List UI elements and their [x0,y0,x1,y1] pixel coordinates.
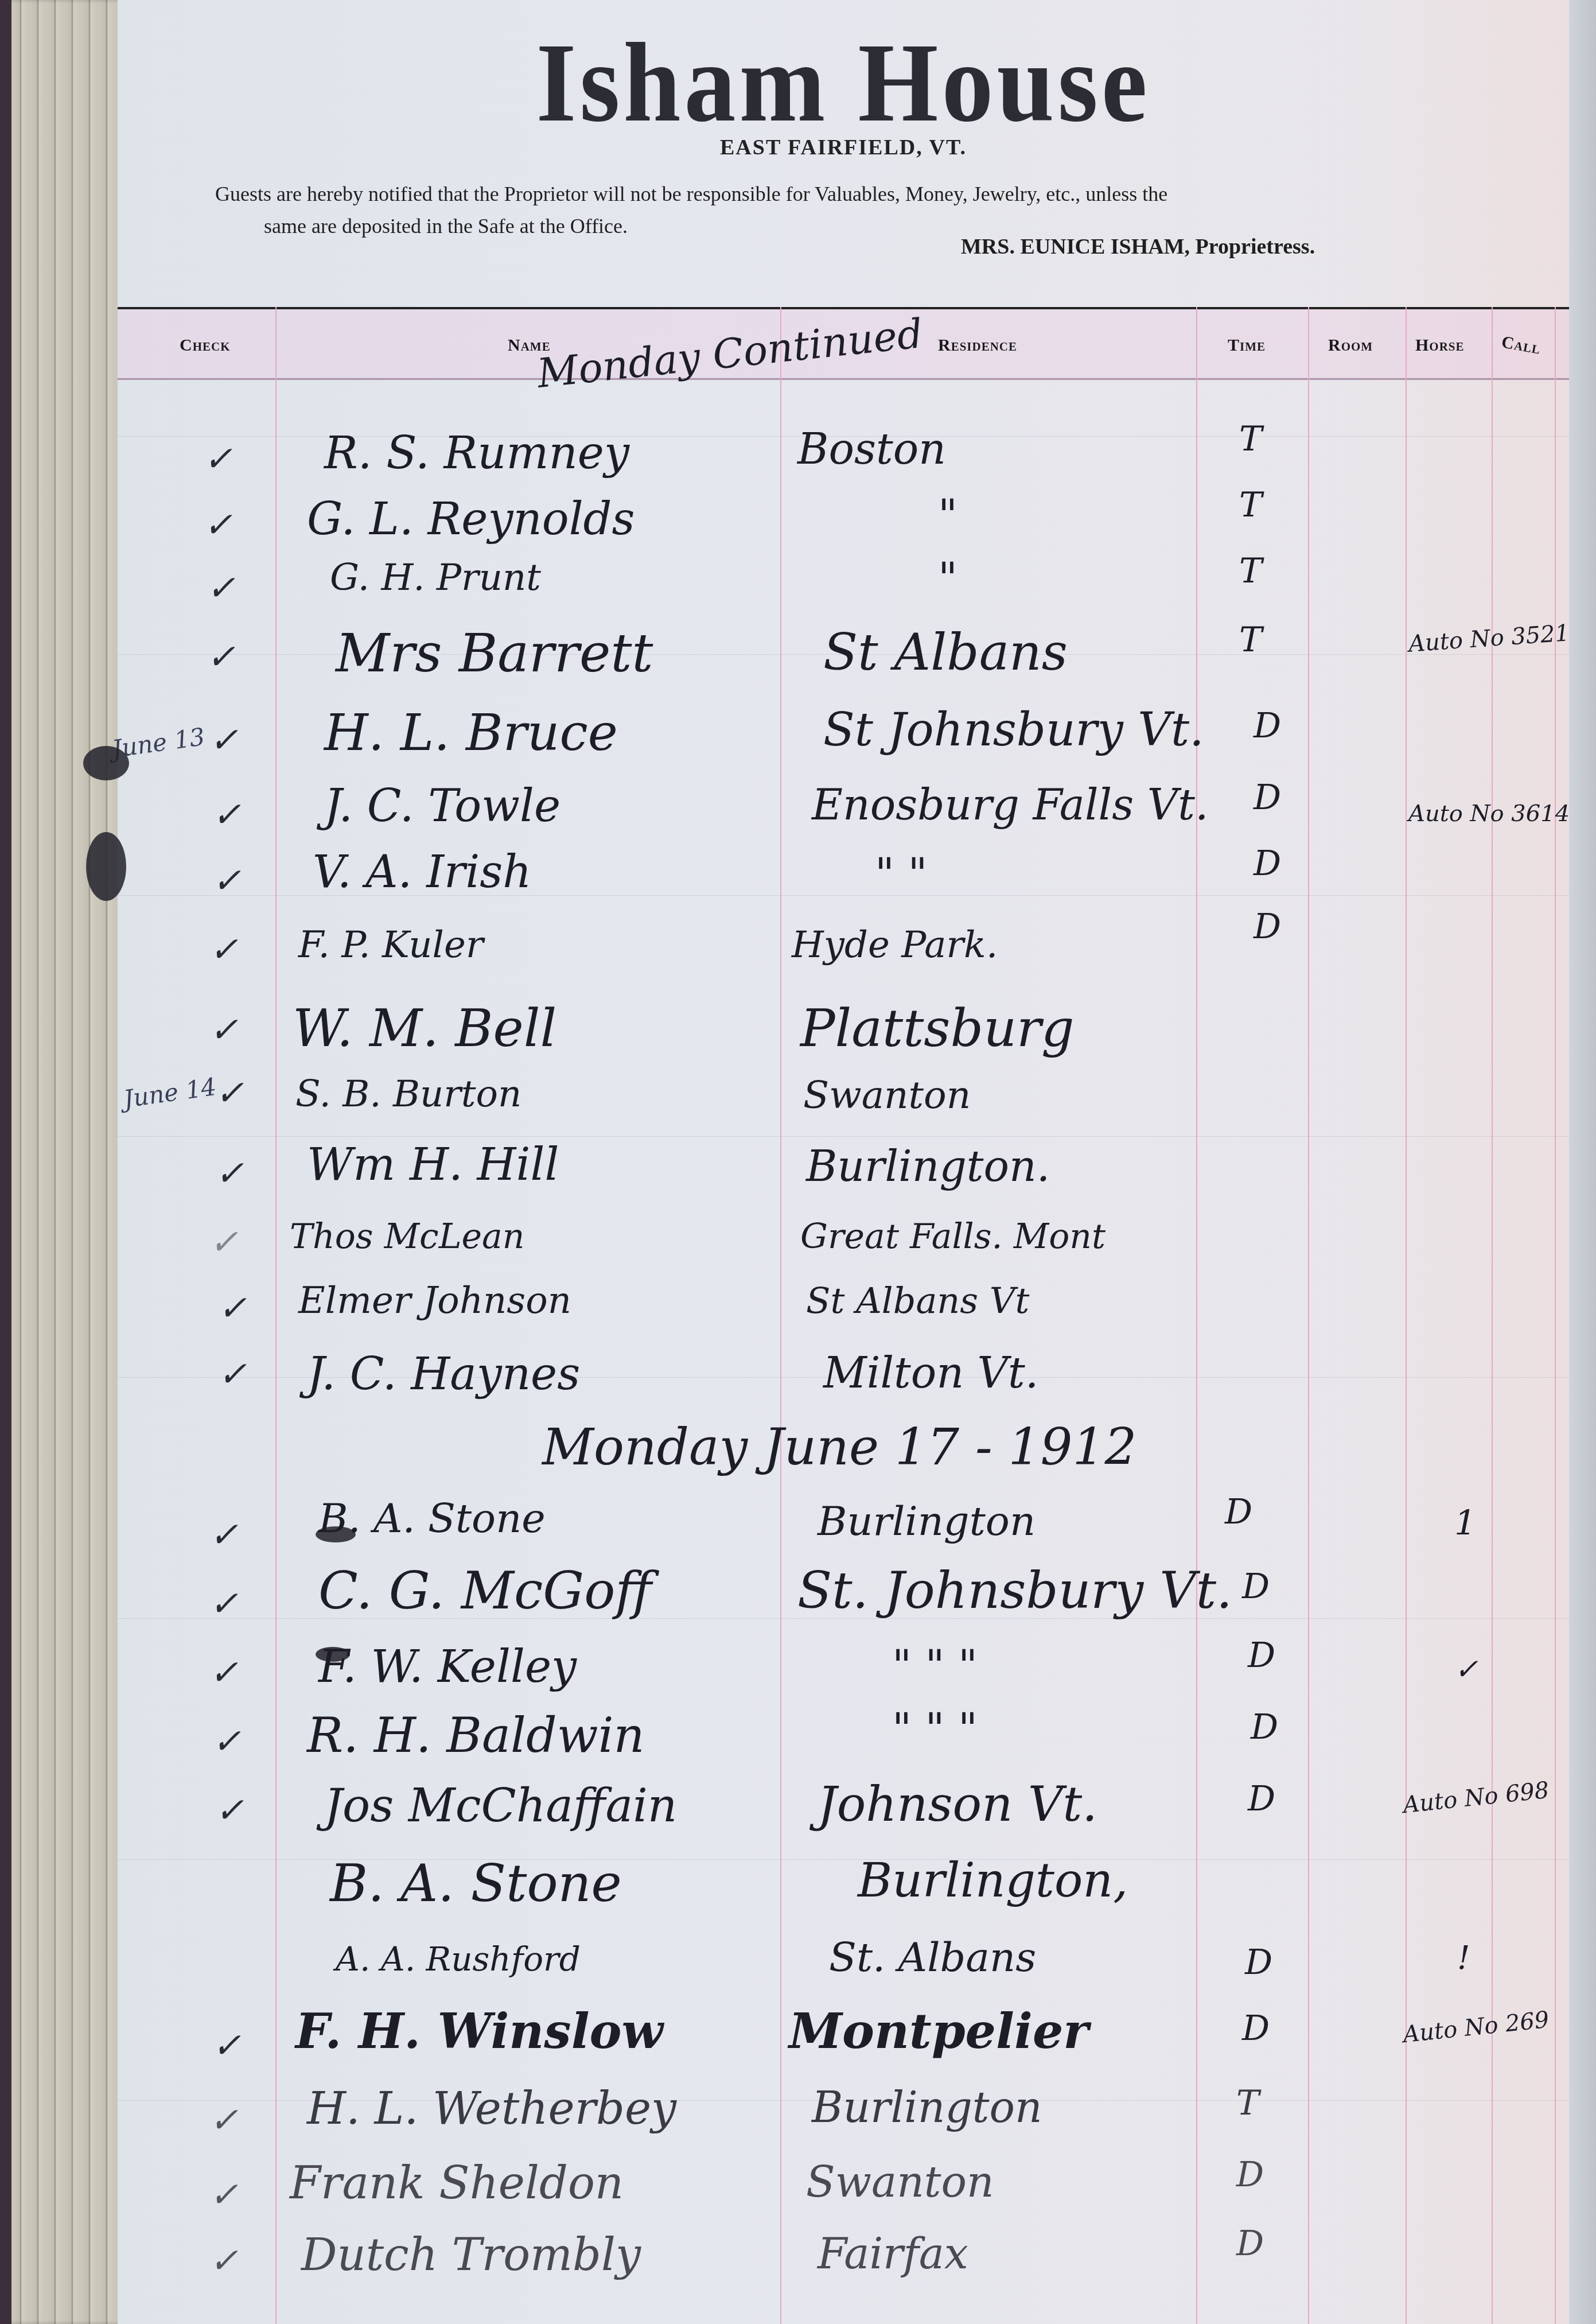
guest-residence: " " [875,849,928,899]
check-mark: ✓ [215,1153,244,1194]
guest-residence: " [938,554,957,603]
horse-mark: ! [1457,1940,1470,1977]
notice-line-2: same are deposited in the Safe at the Of… [215,210,1512,242]
guest-residence: Burlington. [806,1142,1050,1191]
col-header-room: Room [1328,336,1373,355]
rule-residence-time [1196,307,1197,2324]
check-mark: ✓ [207,568,235,608]
check-mark: ✓ [209,1515,238,1555]
arrival-time: D [1251,1707,1278,1747]
horse-checkmark: ✓ [1454,1653,1478,1686]
col-header-horse: Horse [1415,336,1465,355]
guest-residence: Johnson Vt. [818,1776,1097,1832]
auto-number-note: Auto No 3521 [1408,620,1571,657]
arrival-time: D [1248,1635,1275,1676]
check-mark: ✓ [204,505,232,545]
guest-residence: Enosburg Falls Vt. [812,780,1208,830]
rule-time-room [1308,307,1309,2324]
guest-name: C. G. McGoff [318,1561,652,1621]
guest-residence: Swanton [806,2158,994,2207]
arrival-time: D [1242,1567,1270,1607]
guest-residence: Burlington [818,1498,1036,1545]
arrival-time: T [1239,620,1262,660]
arrival-time: D [1225,1492,1252,1532]
check-mark: ✓ [209,930,238,970]
guest-name: G. L. Reynolds [307,493,635,545]
guest-name: Dutch Trombly [301,2229,641,2281]
guest-name: G. H. Prunt [330,557,541,599]
guest-name: S. B. Burton [295,1073,521,1116]
guest-name: Frank Sheldon [290,2158,624,2209]
check-mark: ✓ [209,1584,238,1624]
ink-blot [83,746,129,780]
rule-check-name [275,307,277,2324]
guest-residence: Swanton [803,1073,971,1117]
guest-residence: Montpelier [789,2003,1089,2059]
guest-name: F. H. Winslow [295,2003,663,2059]
guest-residence: Plattsburg [800,998,1075,1059]
margin-date-june-14: June 14 [122,1072,218,1113]
guest-name: J. C. Haynes [307,1348,580,1400]
guest-residence: St Albans Vt [806,1280,1030,1322]
check-mark: ✓ [209,720,238,760]
arrival-time: D [1254,706,1281,746]
guest-residence: Fairfax [818,2229,968,2279]
hotel-location: EAST FAIRFIELD, VT. [118,135,1569,160]
auto-number-note: Auto No 3614 [1408,800,1570,827]
ink-blot [86,832,126,901]
rule-call-edge [1555,307,1556,2324]
col-header-check: Check [180,336,231,355]
arrival-time: T [1239,485,1262,525]
guest-name: V. A. Irish [313,846,532,898]
guest-residence: Hyde Park. [792,924,998,966]
rule-name-residence [780,307,781,2324]
check-mark: ✓ [207,637,235,677]
arrival-time: D [1242,2008,1270,2049]
arrival-time: D [1254,844,1281,884]
guest-name: B. A. Stone [318,1495,546,1542]
guest-name: R. S. Rumney [324,428,629,479]
guest-name: Elmer Johnson [298,1280,571,1322]
check-mark: ✓ [215,1073,244,1113]
auto-number-note: Auto No 698 [1402,1777,1550,1818]
arrival-time: D [1254,907,1281,947]
guest-name: W. M. Bell [293,998,556,1059]
guest-residence: " " " [892,1704,978,1754]
guest-residence: " " " [892,1641,978,1690]
row-rule [118,1136,1569,1137]
check-mark: ✓ [209,1222,238,1262]
arrival-time: D [1245,1942,1272,1983]
guest-name: H. L. Bruce [324,703,618,762]
check-mark: ✓ [212,795,241,835]
check-mark: ✓ [212,1721,241,1762]
check-mark: ✓ [212,861,241,901]
guest-residence: Great Falls. Mont [800,1217,1105,1257]
arrival-time: T [1239,419,1262,459]
guest-name: J. C. Towle [324,780,560,832]
guest-residence: St. Albans [829,1934,1036,1981]
guest-residence: Burlington [812,2083,1042,2132]
check-mark: ✓ [209,2175,238,2215]
check-mark: ✓ [218,1288,247,1328]
arrival-time: T [1239,551,1262,591]
guest-residence: St Johnsbury Vt. [823,703,1204,756]
guest-name: Jos McChaffain [324,1779,677,1832]
check-mark: ✓ [209,2100,238,2140]
check-mark: ✓ [215,1790,244,1831]
book-page-edges [11,0,126,2324]
check-mark: ✓ [209,2241,238,2281]
guest-name: B. A. Stone [330,1853,622,1914]
check-mark: ✓ [204,439,232,479]
arrival-time: D [1236,2224,1264,2264]
check-mark: ✓ [209,1010,238,1050]
arrival-time: D [1248,1779,1275,1819]
guest-residence: St. Johnsbury Vt. [797,1561,1232,1620]
guest-name: Wm H. Hill [307,1139,559,1191]
arrival-time: D [1254,778,1281,818]
guest-name: H. L. Wetherbey [307,2083,676,2135]
guest-residence: Boston [797,425,946,474]
guest-residence: Burlington, [858,1853,1128,1908]
guest-name: A. A. Rushford [336,1940,581,1979]
guest-name: F. P. Kuler [298,924,483,966]
arrival-time: D [1236,2155,1264,2195]
check-mark: ✓ [218,1354,247,1394]
register-page: Isham House EAST FAIRFIELD, VT. Guests a… [118,0,1569,2324]
adjacent-page-edge [1569,0,1596,2324]
guest-residence: " [938,491,957,540]
guest-residence: Milton Vt. [823,1348,1038,1398]
auto-number-note: Auto No 269 [1402,2007,1550,2048]
valuables-notice: Guests are hereby notified that the Prop… [215,178,1512,242]
check-mark: ✓ [209,1653,238,1693]
guest-name: Thos McLean [290,1217,524,1257]
arrival-time: T [1236,2083,1259,2123]
guest-residence: St Albans [823,623,1068,682]
col-header-residence: Residence [938,336,1017,355]
section-heading-date: Monday June 17 - 1912 [542,1417,1137,1476]
guest-name: R. H. Baldwin [307,1707,645,1763]
horse-count: 1 [1454,1503,1476,1544]
guest-name: F. W. Kelley [318,1641,577,1693]
notice-line-1: Guests are hereby notified that the Prop… [215,178,1512,210]
check-mark: ✓ [212,2026,241,2066]
col-header-time: Time [1228,336,1266,355]
hotel-title: Isham House [118,17,1569,148]
guest-name: Mrs Barrett [336,623,653,684]
proprietress-line: MRS. EUNICE ISHAM, Proprietress. [961,234,1315,259]
